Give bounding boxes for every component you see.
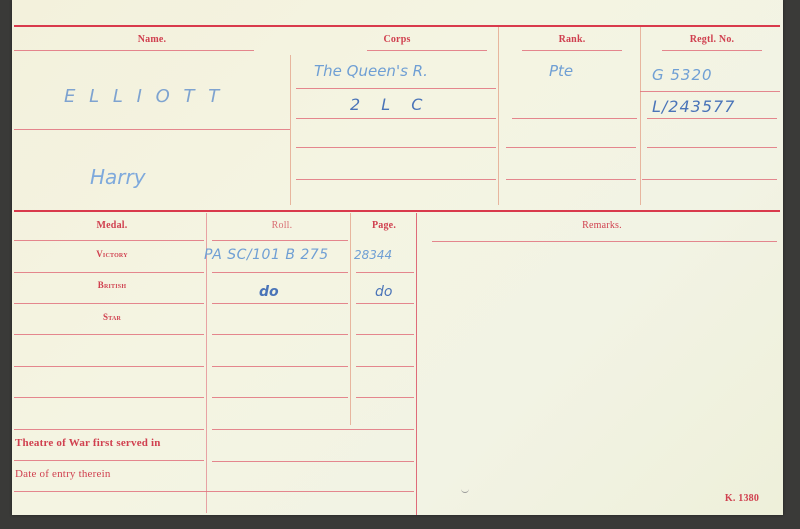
- medal-row-label: Star: [52, 312, 172, 322]
- corps-value-line2: 2 L C: [350, 95, 430, 114]
- header-underline: [522, 50, 622, 51]
- top-rule: [14, 25, 780, 27]
- roll-value: do: [259, 284, 279, 300]
- date-entry-label: Date of entry therein: [15, 468, 205, 480]
- rule: [14, 491, 414, 492]
- regtl-no-value-2: L/243577: [652, 97, 735, 116]
- header-underline: [14, 50, 254, 51]
- roll-value: PA SC/101 B 275: [204, 247, 329, 263]
- roll-header: Roll.: [242, 220, 322, 231]
- rule: [212, 303, 348, 304]
- rule: [14, 272, 204, 273]
- rule: [14, 240, 204, 241]
- rank-header: Rank.: [532, 34, 612, 45]
- regtl-no-value-1: G 5320: [652, 66, 713, 84]
- rule: [14, 460, 204, 461]
- rule: [212, 272, 348, 273]
- form-number: K. 1380: [712, 493, 772, 504]
- rule: [432, 241, 777, 242]
- rule: [512, 118, 637, 119]
- medal-row-label: Victory: [52, 249, 172, 259]
- section-rule: [14, 210, 780, 212]
- rule: [647, 118, 777, 119]
- rule: [356, 272, 414, 273]
- rule: [356, 334, 414, 335]
- divider: [416, 213, 417, 515]
- divider: [498, 27, 499, 205]
- page-value: do: [375, 284, 392, 300]
- rule: [506, 147, 636, 148]
- medal-header: Medal.: [72, 220, 152, 231]
- header-underline: [662, 50, 762, 51]
- rule: [14, 429, 204, 430]
- divider: [640, 27, 641, 205]
- name-header: Name.: [92, 34, 212, 45]
- rule: [212, 240, 348, 241]
- rule: [296, 179, 496, 180]
- rank-value: Pte: [549, 62, 573, 80]
- corps-header: Corps: [342, 34, 452, 45]
- rule: [356, 303, 414, 304]
- rule: [296, 147, 496, 148]
- rule: [356, 366, 414, 367]
- rule: [296, 88, 496, 89]
- rule: [356, 397, 414, 398]
- pencil-mark: [461, 489, 469, 493]
- rule: [642, 179, 777, 180]
- surname-value: E L L I O T T: [64, 86, 223, 107]
- rule: [212, 397, 348, 398]
- rule: [14, 129, 290, 130]
- rule: [212, 334, 348, 335]
- rule: [647, 147, 777, 148]
- rule: [212, 461, 414, 462]
- rule: [14, 334, 204, 335]
- header-underline: [367, 50, 487, 51]
- theatre-label: Theatre of War first served in: [15, 437, 205, 449]
- rule: [212, 429, 414, 430]
- rule: [14, 303, 204, 304]
- medal-row-label: British: [52, 280, 172, 290]
- page-value: 28344: [354, 248, 392, 262]
- page-header: Page.: [354, 220, 414, 231]
- regtl-no-header: Regtl. No.: [657, 34, 767, 45]
- divider: [290, 55, 291, 205]
- rule: [14, 397, 204, 398]
- divider: [350, 213, 351, 425]
- rule: [14, 366, 204, 367]
- rule: [506, 179, 636, 180]
- rule: [212, 366, 348, 367]
- forename-value: Harry: [90, 165, 146, 189]
- remarks-header: Remarks.: [552, 220, 652, 231]
- rule: [640, 91, 780, 92]
- medal-index-card: Name. Corps Rank. Regtl. No. E L L I O T…: [12, 0, 783, 515]
- rule: [296, 118, 496, 119]
- corps-value-line1: The Queen's R.: [314, 62, 428, 80]
